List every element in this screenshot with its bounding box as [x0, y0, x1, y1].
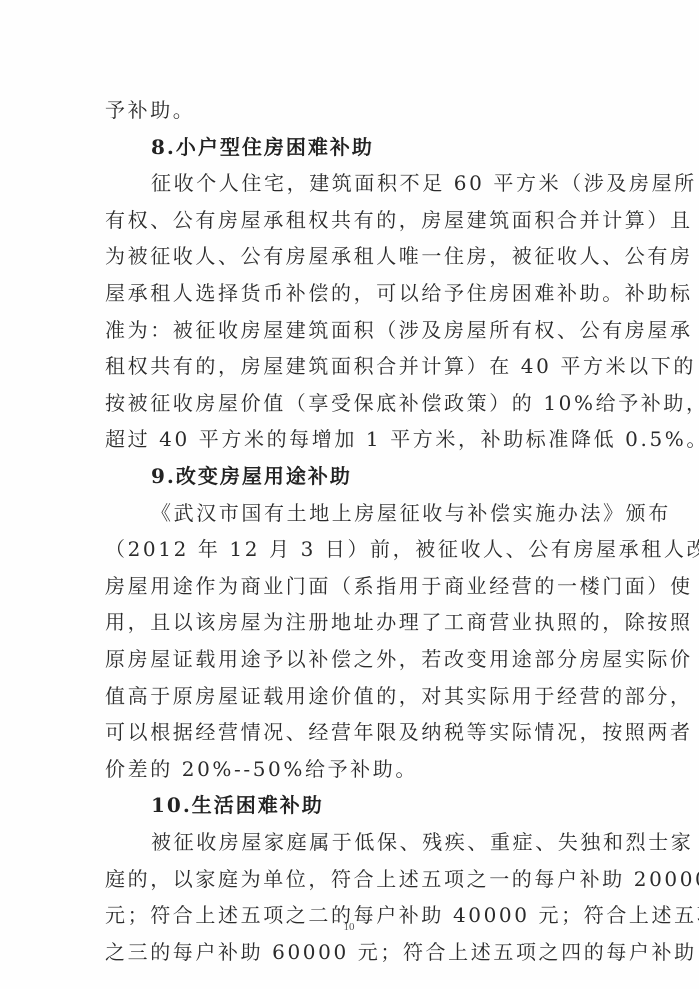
text-line: 用，且以该房屋为注册地址办理了工商营业执照的，除按照: [105, 607, 588, 637]
text-line: 准为：被征收房屋建筑面积（涉及房屋所有权、公有房屋承: [105, 315, 588, 345]
text-line: 值高于原房屋证载用途价值的，对其实际用于经营的部分，: [105, 681, 588, 711]
text-line: （2012 年 12 月 3 日）前，被征收人、公有房屋承租人改变: [105, 534, 588, 564]
text-line: 《武汉市国有土地上房屋征收与补偿实施办法》颁布: [151, 498, 588, 528]
text-line: 屋承租人选择货币补偿的，可以给予住房困难补助。补助标: [105, 278, 588, 308]
document-page: 予补助。8.小户型住房困难补助征收个人住宅，建筑面积不足 60 平方米（涉及房屋…: [0, 0, 699, 989]
text-line: 有权、公有房屋承租权共有的，房屋建筑面积合并计算）且: [105, 205, 588, 235]
text-line: 房屋用途作为商业门面（系指用于商业经营的一楼门面）使: [105, 571, 588, 601]
text-line: 原房屋证载用途予以补偿之外，若改变用途部分房屋实际价: [105, 644, 588, 674]
text-line: 可以根据经营情况、经营年限及纳税等实际情况，按照两者: [105, 717, 588, 747]
text-line: 予补助。: [105, 95, 588, 125]
section-heading: 10.生活困难补助: [151, 790, 588, 820]
text-line: 被征收房屋家庭属于低保、残疾、重症、失独和烈士家: [151, 827, 588, 857]
text-line: 租权共有的，房屋建筑面积合并计算）在 40 平方米以下的: [105, 351, 588, 381]
section-heading: 8.小户型住房困难补助: [151, 132, 588, 162]
text-line: 按被征收房屋价值（享受保底补偿政策）的 10%给予补助，: [105, 388, 588, 418]
text-line: 之三的每户补助 60000 元；符合上述五项之四的每户补助: [105, 937, 588, 967]
text-line: 庭的，以家庭为单位，符合上述五项之一的每户补助 20000: [105, 864, 588, 894]
section-heading: 9.改变房屋用途补助: [151, 461, 588, 491]
page-number: 10: [337, 921, 361, 933]
text-line: 超过 40 平方米的每增加 1 平方米，补助标准降低 0.5%。: [105, 424, 588, 454]
text-line: 为被征收人、公有房屋承租人唯一住房，被征收人、公有房: [105, 241, 588, 271]
text-line: 征收个人住宅，建筑面积不足 60 平方米（涉及房屋所: [151, 168, 588, 198]
text-line: 价差的 20%--50%给予补助。: [105, 754, 588, 784]
